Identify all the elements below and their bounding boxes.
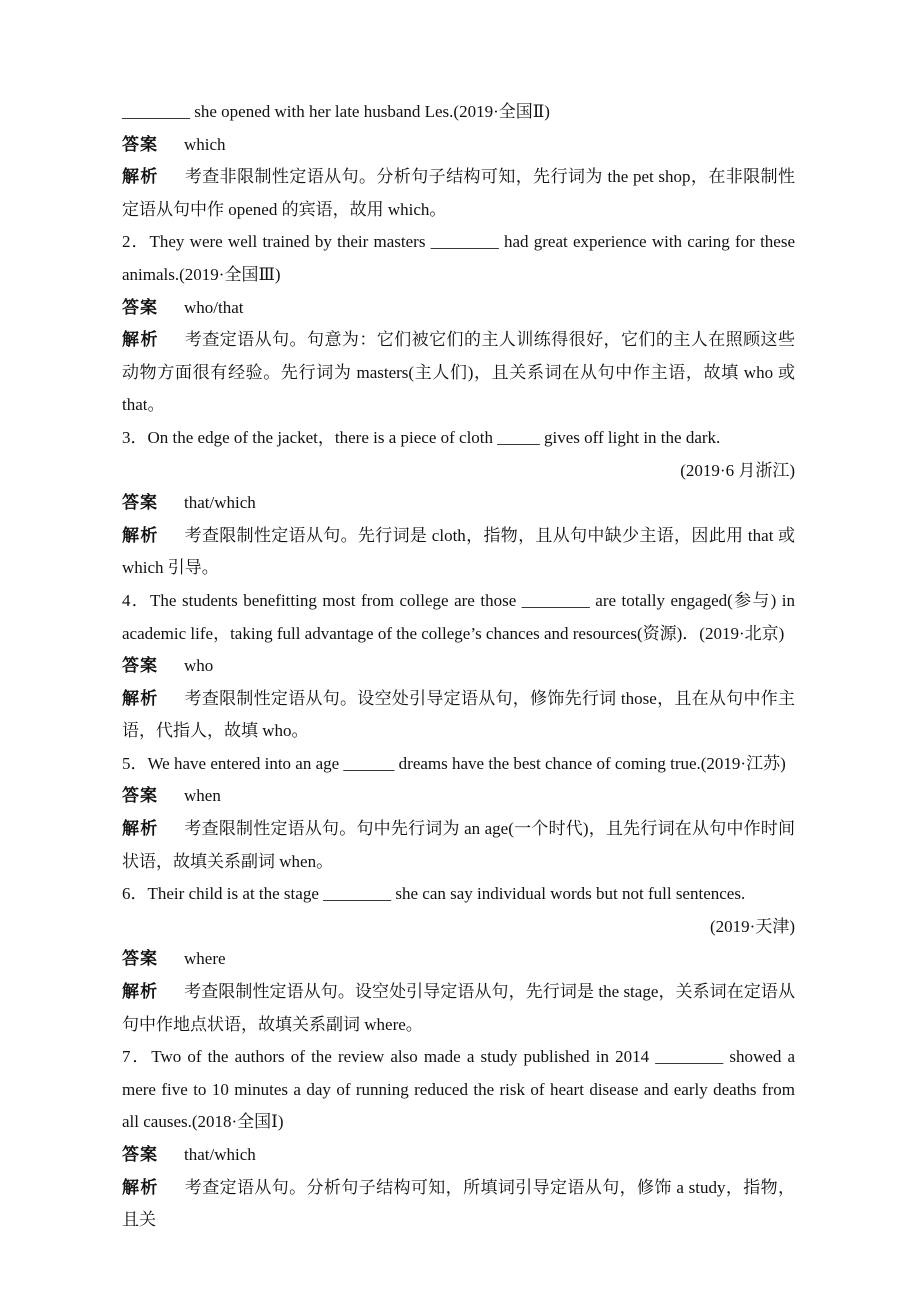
answer-line: 答案who/that [122,292,795,325]
question-block-5: 5．We have entered into an age ______ dre… [122,748,795,878]
answer-value: when [184,786,221,805]
answer-line: 答案which [122,129,795,162]
analysis-text: 考查限制性定语从句。设空处引导定语从句，先行词是 the stage，关系词在定… [122,982,795,1034]
analysis-paragraph: 解析考查限制性定语从句。设空处引导定语从句，修饰先行词 those，且在从句中作… [122,683,795,748]
question-stem: 2．They were well trained by their master… [122,226,795,291]
analysis-label: 解析 [122,167,159,186]
analysis-text: 考查限制性定语从句。设空处引导定语从句，修饰先行词 those，且在从句中作主语… [122,689,795,741]
answer-line: 答案that/which [122,1139,795,1172]
answer-label: 答案 [122,656,158,675]
question-block-4: 4．The students benefitting most from col… [122,585,795,748]
analysis-label: 解析 [122,1178,159,1197]
analysis-label: 解析 [122,982,158,1001]
analysis-paragraph: 解析考查定语从句。句意为：它们被它们的主人训练得很好，它们的主人在照顾这些动物方… [122,324,795,422]
answer-label: 答案 [122,786,158,805]
question-stem: 4．The students benefitting most from col… [122,585,795,650]
analysis-paragraph: 解析考查限制性定语从句。设空处引导定语从句，先行词是 the stage，关系词… [122,976,795,1041]
question-source: (2019·6 月浙江) [122,455,795,488]
answer-line: 答案that/which [122,487,795,520]
analysis-paragraph: 解析考查定语从句。分析句子结构可知，所填词引导定语从句，修饰 a study，指… [122,1172,795,1237]
question-stem: 6．Their child is at the stage ________ s… [122,878,795,911]
answer-value: that/which [184,493,256,512]
question-source: (2019·天津) [122,911,795,944]
question-block-7: 7．Two of the authors of the review also … [122,1041,795,1237]
analysis-paragraph: 解析考查限制性定语从句。句中先行词为 an age(一个时代)，且先行词在从句中… [122,813,795,878]
answer-value: who [184,656,213,675]
analysis-paragraph: 解析考查非限制性定语从句。分析句子结构可知，先行词为 the pet shop，… [122,161,795,226]
question-stem: 3．On the edge of the jacket，there is a p… [122,422,795,455]
question-block-1: ________ she opened with her late husban… [122,96,795,226]
analysis-text: 考查定语从句。分析句子结构可知，所填词引导定语从句，修饰 a study，指物，… [122,1178,795,1230]
answer-line: 答案where [122,943,795,976]
question-continuation: ________ she opened with her late husban… [122,96,795,129]
document-page: ________ she opened with her late husban… [0,0,920,1302]
analysis-label: 解析 [122,689,159,708]
analysis-text: 考查定语从句。句意为：它们被它们的主人训练得很好，它们的主人在照顾这些动物方面很… [122,330,795,414]
answer-line: 答案who [122,650,795,683]
answer-value: which [184,135,226,154]
analysis-paragraph: 解析考查限制性定语从句。先行词是 cloth，指物，且从句中缺少主语，因此用 t… [122,520,795,585]
analysis-text: 考查限制性定语从句。先行词是 cloth，指物，且从句中缺少主语，因此用 tha… [122,526,795,578]
question-block-3: 3．On the edge of the jacket，there is a p… [122,422,795,585]
answer-label: 答案 [122,949,158,968]
question-stem: 5．We have entered into an age ______ dre… [122,748,795,781]
answer-value: where [184,949,226,968]
analysis-label: 解析 [122,819,158,838]
analysis-label: 解析 [122,330,159,349]
analysis-text: 考查限制性定语从句。句中先行词为 an age(一个时代)，且先行词在从句中作时… [122,819,795,871]
answer-label: 答案 [122,135,158,154]
answer-label: 答案 [122,1145,158,1164]
answer-value: that/which [184,1145,256,1164]
answer-label: 答案 [122,493,158,512]
question-block-6: 6．Their child is at the stage ________ s… [122,878,795,1041]
analysis-text: 考查非限制性定语从句。分析句子结构可知，先行词为 the pet shop，在非… [122,167,795,219]
answer-label: 答案 [122,298,158,317]
question-stem: 7．Two of the authors of the review also … [122,1041,795,1139]
analysis-label: 解析 [122,526,159,545]
answer-value: who/that [184,298,244,317]
answer-line: 答案when [122,780,795,813]
question-block-2: 2．They were well trained by their master… [122,226,795,422]
